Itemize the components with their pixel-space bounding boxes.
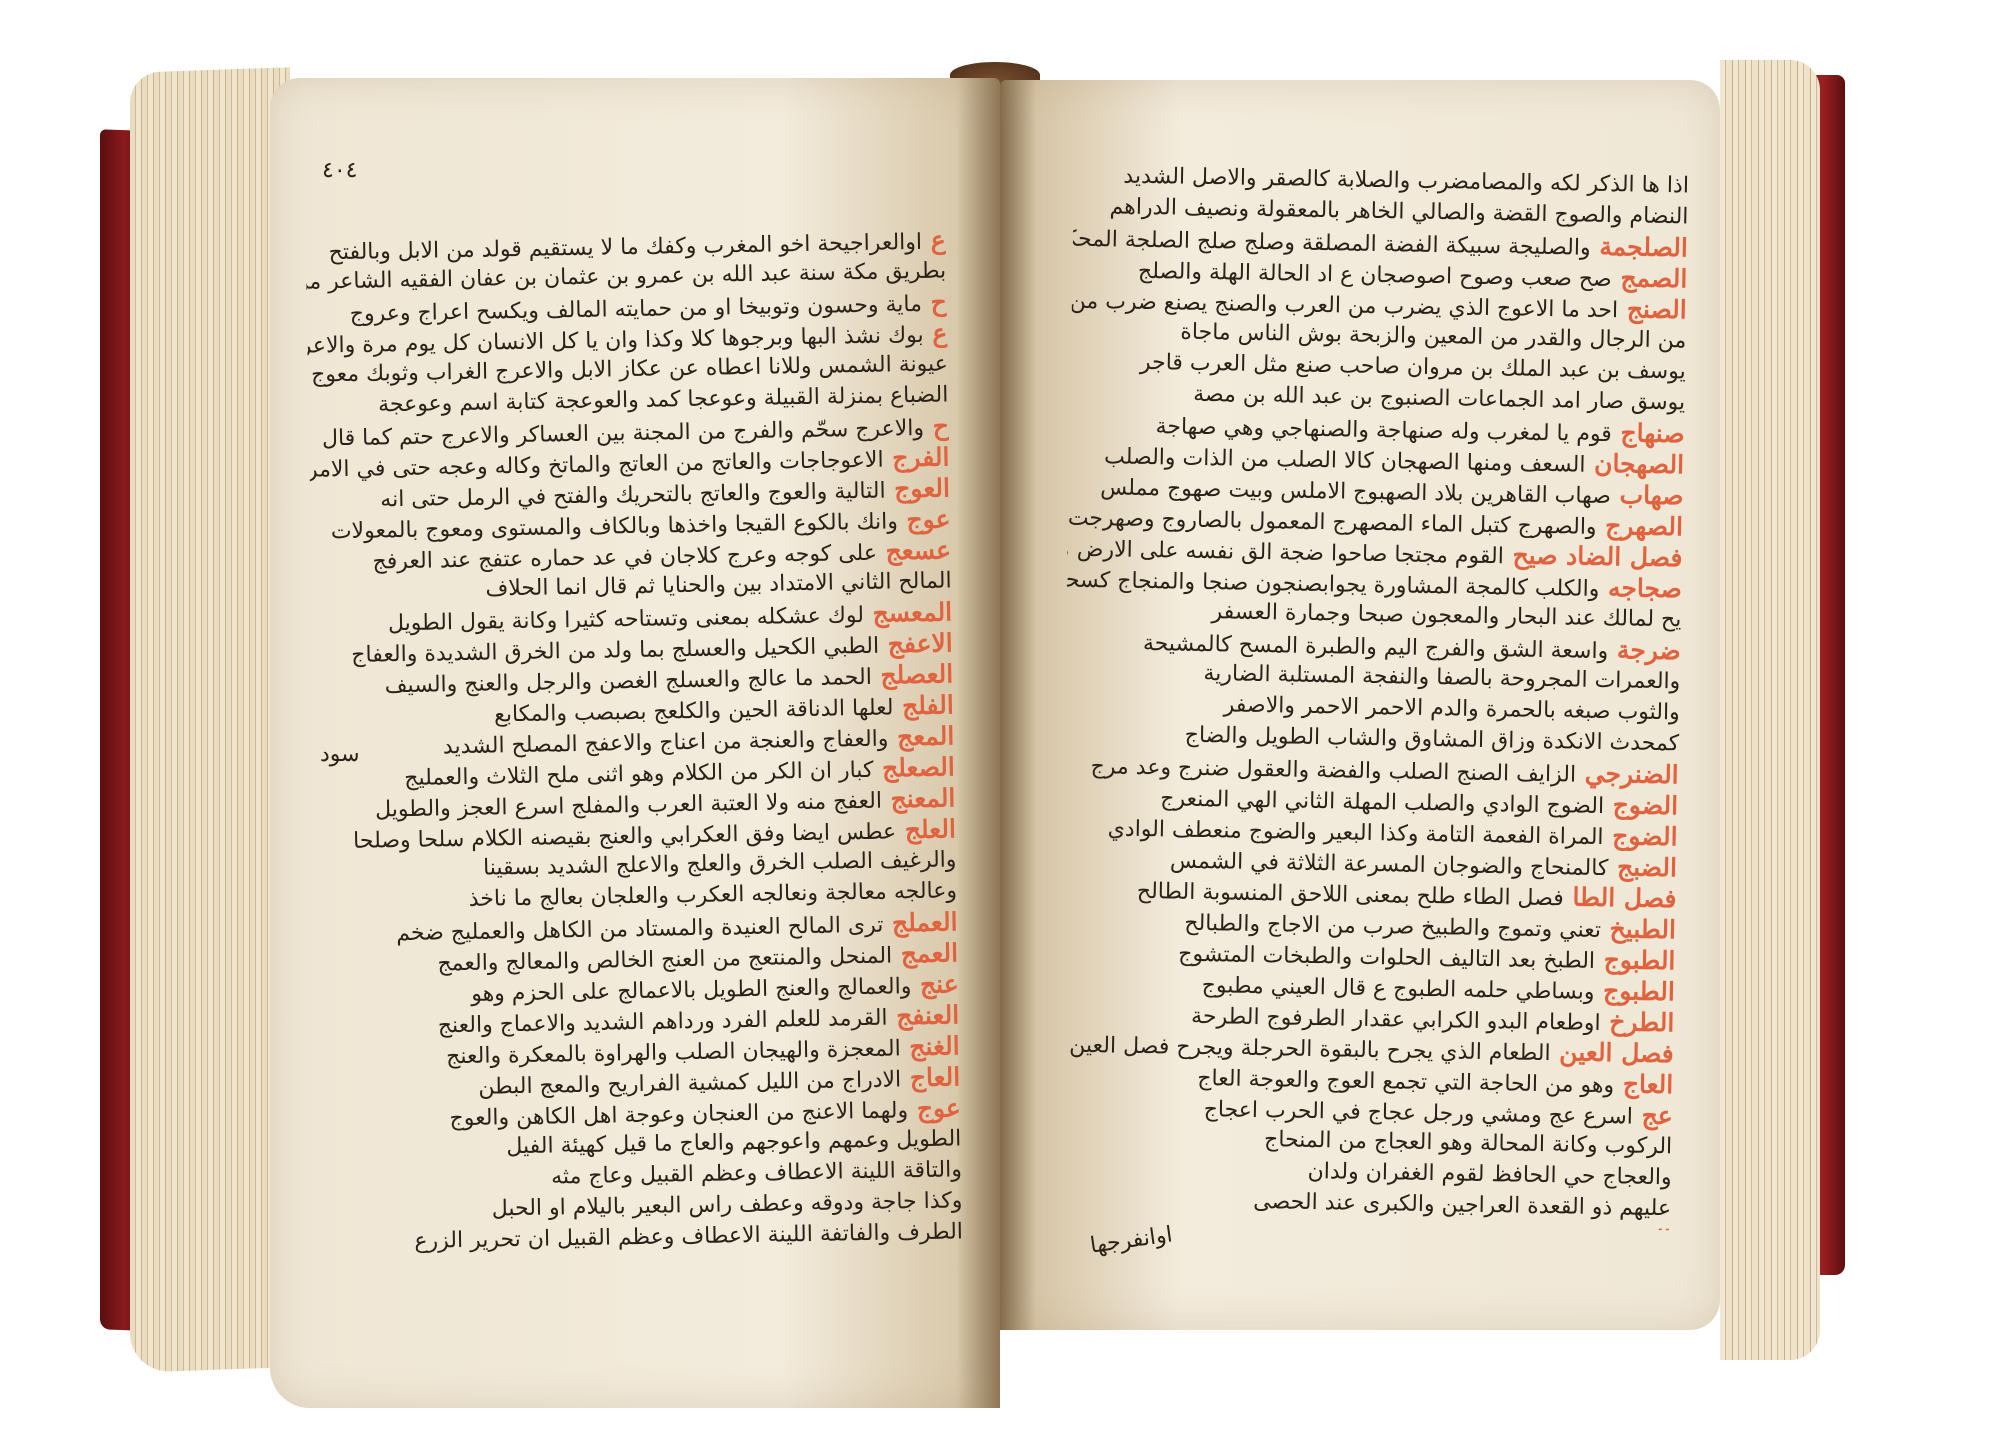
- rubric-headword: العصلج: [872, 659, 954, 689]
- rubric-headword: ح: [924, 411, 949, 440]
- rubric-headword: عوج: [898, 504, 951, 534]
- page-block-edge-left: [130, 67, 290, 1373]
- rubric-headword: فصل الطا: [1564, 882, 1677, 913]
- rubric-headword: الضنرجي: [1576, 759, 1679, 790]
- line-text: الركوب وكانة المحالة وهو العجاج من المنح…: [1264, 1127, 1672, 1159]
- line-text: والعجاج حي الحافظ لقوم الغفران ولدان: [1307, 1159, 1671, 1190]
- rubric-headword: الضوج: [1604, 790, 1678, 820]
- rubric-headword: الطرخ: [1600, 1007, 1674, 1037]
- rubric-headword: عنج: [911, 969, 959, 999]
- line-text: عليهم ذو القعدة العراجين والكبرى عند الح…: [1253, 1189, 1671, 1221]
- rubric-headword: المعسج: [864, 597, 953, 628]
- rubric-headword: الصهرج: [1596, 511, 1683, 542]
- rubric-headword: عج: [1633, 1101, 1673, 1131]
- rubric-headword: الصمج: [1612, 263, 1688, 293]
- line-text: يح لمالك عند البحار والمعجون صبحا وجمارة…: [1211, 599, 1681, 632]
- rubric-headword: عوج: [908, 1093, 961, 1123]
- rubric-headword: الصهجان: [1585, 449, 1684, 480]
- rubric-headword: الطبوج: [1594, 976, 1675, 1006]
- rubric-headword: الطبيخ: [1601, 914, 1676, 944]
- rubric-headword: العوج: [885, 473, 950, 503]
- rubric-headword: فصل العين: [1550, 1037, 1674, 1068]
- rubric-headword: الصعلج: [873, 752, 955, 782]
- rubric-headword: العنفج: [887, 1000, 959, 1030]
- rubric-headword: العلج: [896, 814, 956, 844]
- folio-number: ٤٠٤: [322, 158, 357, 183]
- rubric-headword: ع: [923, 318, 947, 347]
- rubric-headword: الطبوج: [1595, 945, 1676, 975]
- rubric-headword: الغنج: [900, 1031, 960, 1061]
- rubric-headword: الصلجمة: [1590, 232, 1688, 263]
- line-text: المالح الثاني الامتداد بين والحنايا ثم ق…: [485, 568, 952, 601]
- line-text: والتاقة اللينة الاعطاف وعظم القبيل وعاج …: [551, 1157, 962, 1189]
- rubric-headword: صجاجه: [1599, 573, 1682, 603]
- page-block-edge-right: [1720, 60, 1820, 1360]
- rubric-headword: العمج: [892, 938, 958, 968]
- left-page-text: ع اوالعراجيحة اخو المغرب وكفك ما لا يستق…: [305, 224, 964, 1335]
- rubric-headword: المعنج: [882, 783, 956, 813]
- rubric-headword: الاعفج: [879, 628, 953, 658]
- rubric-headword: العاج: [901, 1062, 961, 1092]
- rubric-headword: صنهاج: [1612, 418, 1685, 448]
- rubric-headword: المعج: [888, 721, 954, 751]
- rubric-headword: الصنج: [1618, 294, 1687, 324]
- rubric-headword: العاج: [1614, 1069, 1674, 1099]
- rubric-headword: الضوج: [1603, 821, 1677, 851]
- rubric-headword: ضرجة: [1608, 635, 1681, 665]
- manuscript-photo: ٤٠٤ سود اوانفرجها ع اوالعراجيحة اخو المغ…: [0, 0, 2000, 1455]
- rubric-headword: العملج: [883, 907, 958, 937]
- rubric-headword: ع: [922, 225, 946, 254]
- rubric-headword: عسعج: [877, 535, 952, 565]
- rubric-headword: ح: [922, 287, 947, 316]
- rubric-headword: فصل الضاد صيح: [1504, 540, 1683, 572]
- rubric-headword: الفرج: [883, 442, 949, 472]
- rubric-headword: الضبج: [1608, 852, 1677, 882]
- rubric-headword: الفلج: [893, 690, 954, 720]
- rubric-headword: صهاب: [1611, 480, 1684, 510]
- right-page-text: اذا ها الذكر لكه والمصامضرب والصلابة كال…: [1056, 160, 1689, 1231]
- line-text: الطرف والفاتفة اللينة الاعطاف وعظم القبي…: [414, 1219, 963, 1254]
- line-text: الطويل وعمهم واعوجهم والعاج ما قيل كهيئة…: [506, 1126, 961, 1159]
- line-text: والثوب صبغه بالحمرة والدم الاحمر الاحمر …: [1224, 692, 1680, 725]
